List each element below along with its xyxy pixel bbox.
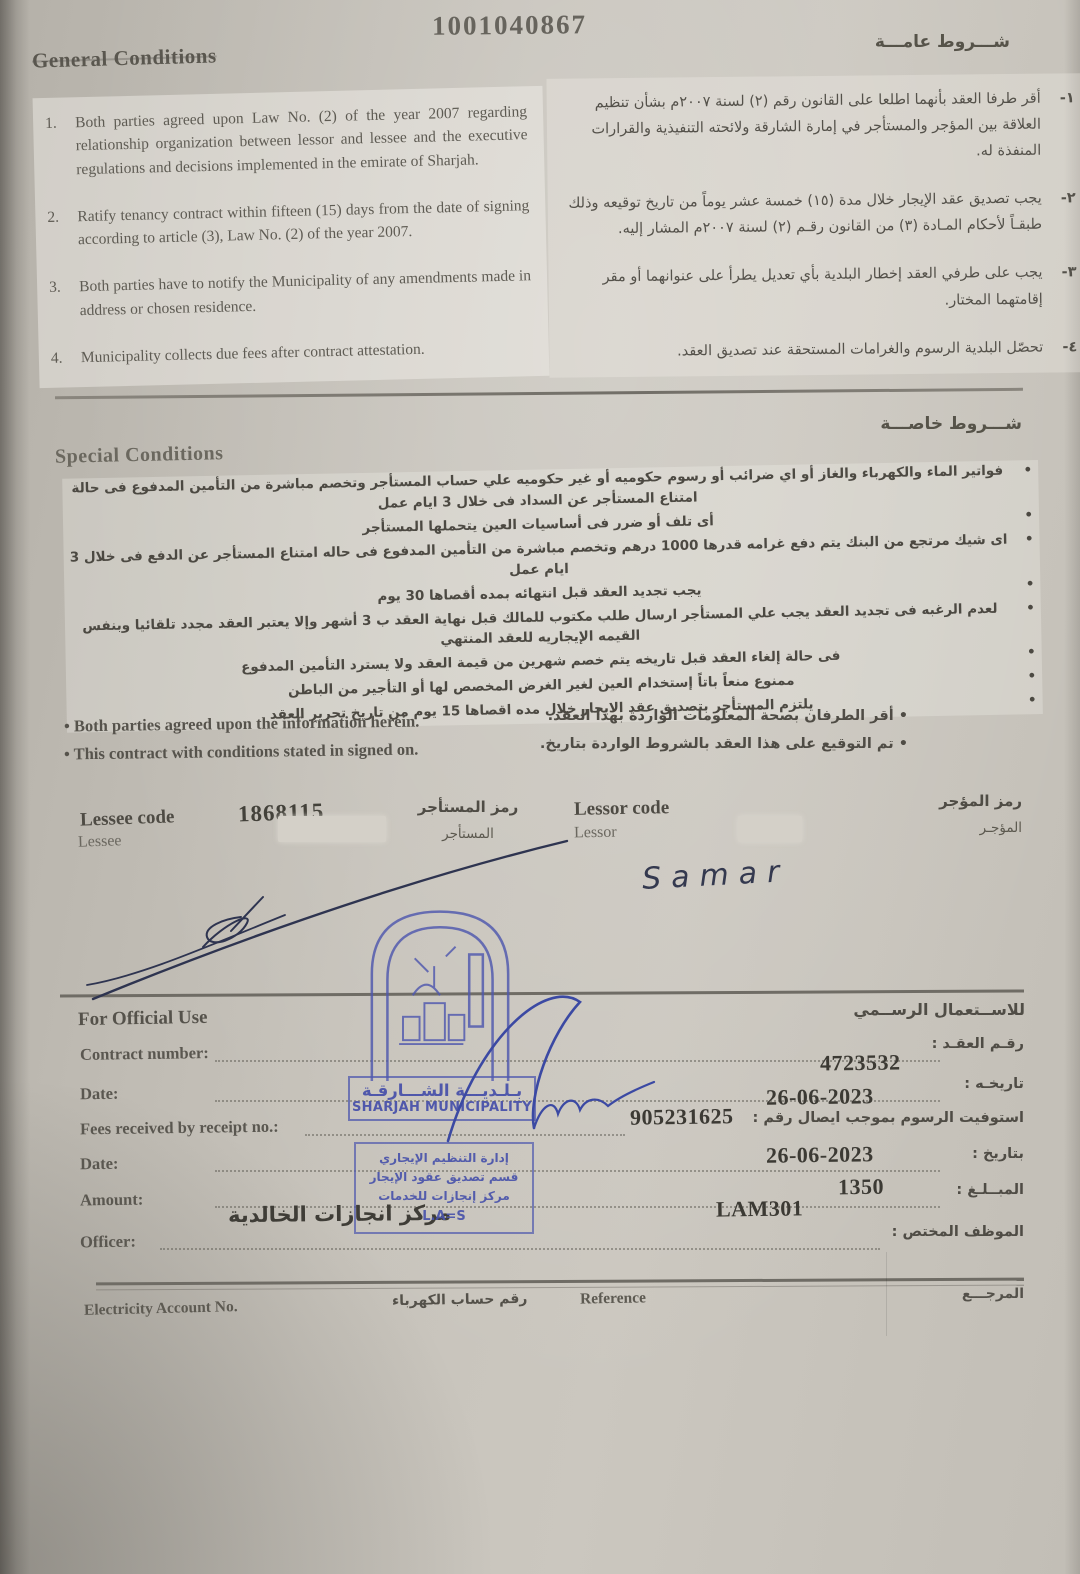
general-condition-en-3: 3. Both parties have to notify the Munic… (49, 264, 532, 322)
general-conditions-list-en: 1. Both parties agreed upon Law No. (2) … (33, 86, 550, 388)
amount-value: 1350 (838, 1174, 884, 1201)
lessor-code-label: Lessor code (574, 797, 670, 821)
scanned-document-page: 1001040867 General Conditions شـــروط عا… (0, 0, 1080, 1574)
certification-line-en-1: Both parties agreed upon the information… (64, 712, 420, 737)
contract-date-value: 26-06-2023 (766, 1083, 874, 1111)
general-condition-ar-4: ٤- تحصّل البلدية الرسوم والغرامات المستح… (559, 334, 1077, 366)
lessor-label: Lessor (574, 824, 617, 843)
general-condition-ar-1: ١- أقر طرفا العقد بأنهما اطلعا على القان… (557, 85, 1076, 169)
lessor-code-label-ar: رمز المؤجر (939, 792, 1022, 810)
official-use-title-ar: للاســتعمال الرســمي (853, 1000, 1025, 1019)
paper-fold-line (886, 1252, 887, 1336)
official-row-officer: Officer: الموظف المختص : (0, 1224, 1080, 1258)
general-condition-en-4: 4. Municipality collects due fees after … (51, 335, 533, 370)
electricity-account-label-en: Electricity Account No. (84, 1298, 238, 1320)
lessee-code-label: Lessee code (80, 806, 175, 831)
special-conditions-list: فواتير الماء والكهرباء والغاز أو اي ضرائ… (62, 460, 1043, 733)
general-condition-ar-3: ٣- يجب على طرفي العقد إخطار البلدية بأي … (558, 260, 1077, 318)
certification-line-ar-2: تم التوقيع على هذا العقد بالشروط الواردة… (540, 736, 908, 752)
lessor-signature-samar: Samar (641, 854, 790, 897)
official-row-date-2: Date: بتاريخ : (0, 1146, 1080, 1180)
reference-label-ar: المرجـــع (962, 1286, 1024, 1302)
scan-shadow-left (0, 0, 30, 1574)
official-use-title-en: For Official Use (78, 1007, 208, 1031)
general-conditions-list-ar: ١- أقر طرفا العقد بأنهما اطلعا على القان… (546, 73, 1080, 377)
dotted-leader (215, 1170, 940, 1172)
certification-line-ar-1: أقر الطرفان بصحة المعلومات الواردة بهذا … (548, 708, 908, 724)
general-condition-en-1: 1. Both parties agreed upon Law No. (2) … (45, 100, 529, 182)
lessee-code-label-ar: رمز المستأجر (408, 798, 528, 816)
dotted-leader (160, 1248, 880, 1250)
footer-divider (96, 1278, 1024, 1291)
special-conditions-title-ar: شـــروط خاصـــة (880, 414, 1022, 434)
general-conditions-title-en: General Conditions (32, 43, 217, 73)
contract-number-value: 4723532 (820, 1049, 901, 1076)
special-conditions-title-en: Special Conditions (55, 442, 224, 469)
reference-label-en: Reference (580, 1289, 646, 1308)
document-number: 1001040867 (432, 9, 587, 42)
section-divider (55, 388, 1023, 399)
general-conditions-title-ar: شـــروط عامـــة (875, 32, 1010, 52)
general-condition-en-2: 2. Ratify tenancy contract within fiftee… (47, 194, 530, 252)
certification-line-en-2: This contract with conditions stated in … (64, 740, 419, 765)
electricity-account-label-ar: رقم حساب الكهرباء (392, 1291, 528, 1309)
rental-regulation-stamp-box: إدارة التنظيم الإيجاري قسم تصديق عقود ال… (354, 1142, 534, 1234)
whiteout-patch (738, 816, 802, 842)
general-condition-ar-2: ٢- يجب تصديق عقد الإيجار خلال مدة (١٥) خ… (558, 186, 1077, 244)
receipt-date-value: 26-06-2023 (766, 1141, 874, 1169)
official-row-amount: Amount: المبــلـغ : (0, 1182, 1080, 1216)
lessor-label-ar: المؤجـر (980, 820, 1022, 836)
officer-pen-signature (428, 976, 668, 1151)
officer-code-value: LAM301 (716, 1195, 804, 1222)
